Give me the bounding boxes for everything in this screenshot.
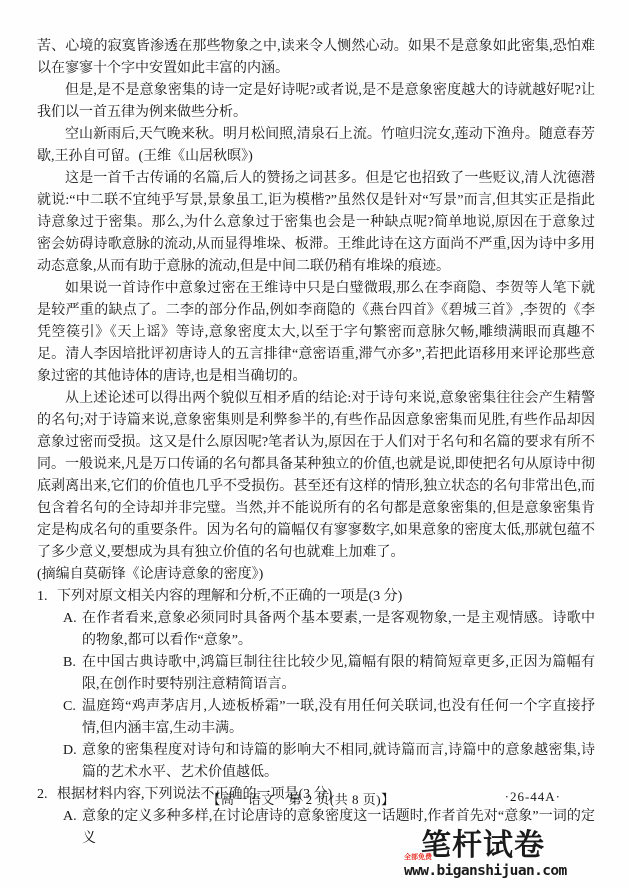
option-label: A. [63,806,82,850]
questions: 1.下列对原文相关内容的理解和分析,不正确的一项是(3 分)A.在作者看来,意象… [37,586,595,850]
option-text: 温庭筠“鸡声茅店月,人迹板桥霜”一联,没有用任何关联词,也没有任何一个字直接抒情… [82,696,595,740]
option-text: 在作者看来,意象必须同时具备两个基本要素,一是客观物象,一是主观情感。诗歌中的物… [82,608,595,652]
watermark-url: www.biganshijuan.com [404,863,589,879]
watermark-tagline: 全部免费 [404,852,432,862]
passage-paragraph: 空山新雨后,天气晚来秋。明月松间照,清泉石上流。竹喧归浣女,莲动下渔舟。随意春芳… [37,124,595,168]
option-label: D. [63,740,82,784]
answer-option: B.在中国古典诗歌中,鸿篇巨制往往比较少见,篇幅有限的精简短章更多,正因为篇幅有… [63,652,595,696]
passage-paragraph: 但是,是不是意象密集的诗一定是好诗呢?或者说,是不是意象密度越大的诗就越好呢?让… [37,80,595,124]
question-stem: 1.下列对原文相关内容的理解和分析,不正确的一项是(3 分) [37,586,595,608]
question-block: 1.下列对原文相关内容的理解和分析,不正确的一项是(3 分)A.在作者看来,意象… [37,586,595,784]
footer-page-info: 【高一语文 第 2 页(共 8 页)】 [37,789,565,808]
question-number: 1. [37,586,57,608]
question-stem-text: 下列对原文相关内容的理解和分析,不正确的一项是(3 分) [57,586,595,608]
passage-paragraph: 苦、心境的寂寞皆渗透在那些物象之中,读来令人恻然心动。如果不是意象如此密集,恐怕… [37,36,595,80]
option-label: B. [63,652,82,696]
option-label: A. [63,608,82,652]
watermark-brand-text: 笔杆试卷 [421,830,589,862]
option-text: 意象的密集程度对诗句和诗篇的影响大不相同,就诗篇而言,诗篇中的意象越密集,诗篇的… [82,740,595,784]
answer-option: A.在作者看来,意象必须同时具备两个基本要素,一是客观物象,一是主观情感。诗歌中… [63,608,595,652]
page-footer: 【高一语文 第 2 页(共 8 页)】 ·26-44A· [37,789,595,809]
answer-option: C.温庭筠“鸡声茅店月,人迹板桥霜”一联,没有用任何关联词,也没有任何一个字直接… [63,696,595,740]
option-label: C. [63,696,82,740]
option-text: 在中国古典诗歌中,鸿篇巨制往往比较少见,篇幅有限的精简短章更多,正因为篇幅有限,… [82,652,595,696]
watermark-logo: 笔杆试卷 全部免费 www.biganshijuan.com [404,830,589,879]
passage-paragraphs: 苦、心境的寂寞皆渗透在那些物象之中,读来令人恻然心动。如果不是意象如此密集,恐怕… [37,36,595,564]
page-content: 苦、心境的寂寞皆渗透在那些物象之中,读来令人恻然心动。如果不是意象如此密集,恐怕… [37,36,595,850]
footer-paper-code: ·26-44A· [505,789,561,805]
passage-paragraph: 这是一首千古传诵的名篇,后人的赞扬之词甚多。但是它也招致了一些贬议,清人沈德潜就… [37,168,595,278]
passage-paragraph: 如果说一首诗作中意象过密在王维诗中只是白璧微瑕,那么在李商隐、李贺等人笔下就是较… [37,278,595,388]
exam-paper-page: 苦、心境的寂寞皆渗透在那些物象之中,读来令人恻然心动。如果不是意象如此密集,恐怕… [0,0,629,888]
passage-paragraph: 从上述论述可以得出两个貌似互相矛盾的结论:对于诗句来说,意象密集往往会产生精警的… [37,388,595,564]
passage-attribution: (摘编自莫砺锋《论唐诗意象的密度》) [37,564,595,586]
answer-option: D.意象的密集程度对诗句和诗篇的影响大不相同,就诗篇而言,诗篇中的意象越密集,诗… [63,740,595,784]
